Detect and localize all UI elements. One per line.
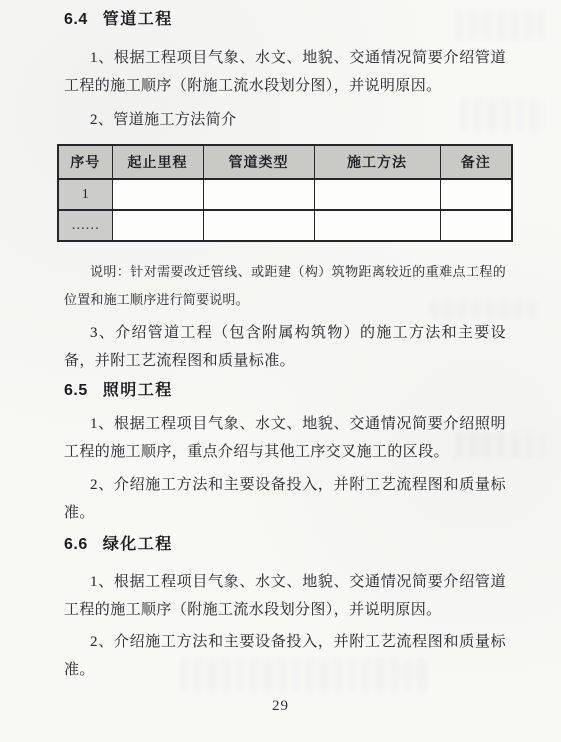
- table-header-remark: 备注: [440, 145, 512, 179]
- table-cell: [314, 210, 440, 241]
- section-number: 6.5: [64, 381, 88, 401]
- page-number: 29: [0, 698, 561, 715]
- section-number: 6.4: [64, 10, 88, 30]
- pipeline-method-table: 序号 起止里程 管道类型 施工方法 备注 1 ……: [57, 144, 513, 242]
- page-content: 6.4 管道工程 1、根据工程项目气象、水文、地貌、交通情况简要介绍管道工程的施…: [64, 6, 506, 684]
- table-cell: [112, 210, 203, 241]
- paragraph-6-5-2: 2、介绍施工方法和主要设备投入，并附工艺流程图和质量标准。: [64, 471, 506, 527]
- table-row: 1: [58, 179, 512, 210]
- table-cell-index: ……: [58, 210, 112, 241]
- section-title: 管道工程: [103, 10, 173, 30]
- paragraph-6-6-1: 1、根据工程项目气象、水文、地貌、交通情况简要介绍管道工程的施工顺序（附施工流水…: [64, 568, 506, 624]
- table-header-row: 序号 起止里程 管道类型 施工方法 备注: [58, 145, 512, 179]
- paragraph-6-5-1: 1、根据工程项目气象、水文、地貌、交通情况简要介绍照明工程的施工顺序，重点介绍与…: [64, 410, 506, 466]
- table-cell: [203, 179, 314, 210]
- table-cell: [440, 179, 512, 210]
- table-header-index: 序号: [58, 145, 112, 179]
- section-number: 6.6: [64, 535, 88, 555]
- paragraph-6-4-1: 1、根据工程项目气象、水文、地貌、交通情况简要介绍管道工程的施工顺序（附施工流水…: [64, 44, 506, 100]
- table-header-mileage: 起止里程: [112, 145, 203, 179]
- section-heading-6-6: 6.6 绿化工程: [64, 535, 506, 555]
- table-header-pipe-type: 管道类型: [203, 145, 314, 179]
- table-cell: [314, 179, 440, 210]
- paragraph-6-6-2: 2、介绍施工方法和主要设备投入，并附工艺流程图和质量标准。: [64, 628, 506, 684]
- document-page: 6.4 管道工程 1、根据工程项目气象、水文、地貌、交通情况简要介绍管道工程的施…: [0, 0, 561, 742]
- table-cell: [440, 210, 512, 241]
- section-title: 照明工程: [103, 381, 173, 401]
- section-heading-6-5: 6.5 照明工程: [64, 381, 506, 401]
- table-cell: [203, 210, 314, 241]
- table-row: ……: [58, 210, 512, 241]
- paragraph-6-4-2: 2、管道施工方法简介: [64, 106, 506, 134]
- table-note: 说明：针对需要改迁管线、或距建（构）筑物距离较近的重难点工程的位置和施工顺序进行…: [64, 258, 506, 314]
- section-heading-6-4: 6.4 管道工程: [64, 10, 506, 30]
- paragraph-6-4-3: 3、介绍管道工程（包含附属构筑物）的施工方法和主要设备，并附工艺流程图和质量标准…: [64, 319, 506, 375]
- table-cell-index: 1: [58, 179, 112, 210]
- table-header-method: 施工方法: [314, 145, 440, 179]
- table-cell: [112, 179, 203, 210]
- section-title: 绿化工程: [103, 535, 173, 555]
